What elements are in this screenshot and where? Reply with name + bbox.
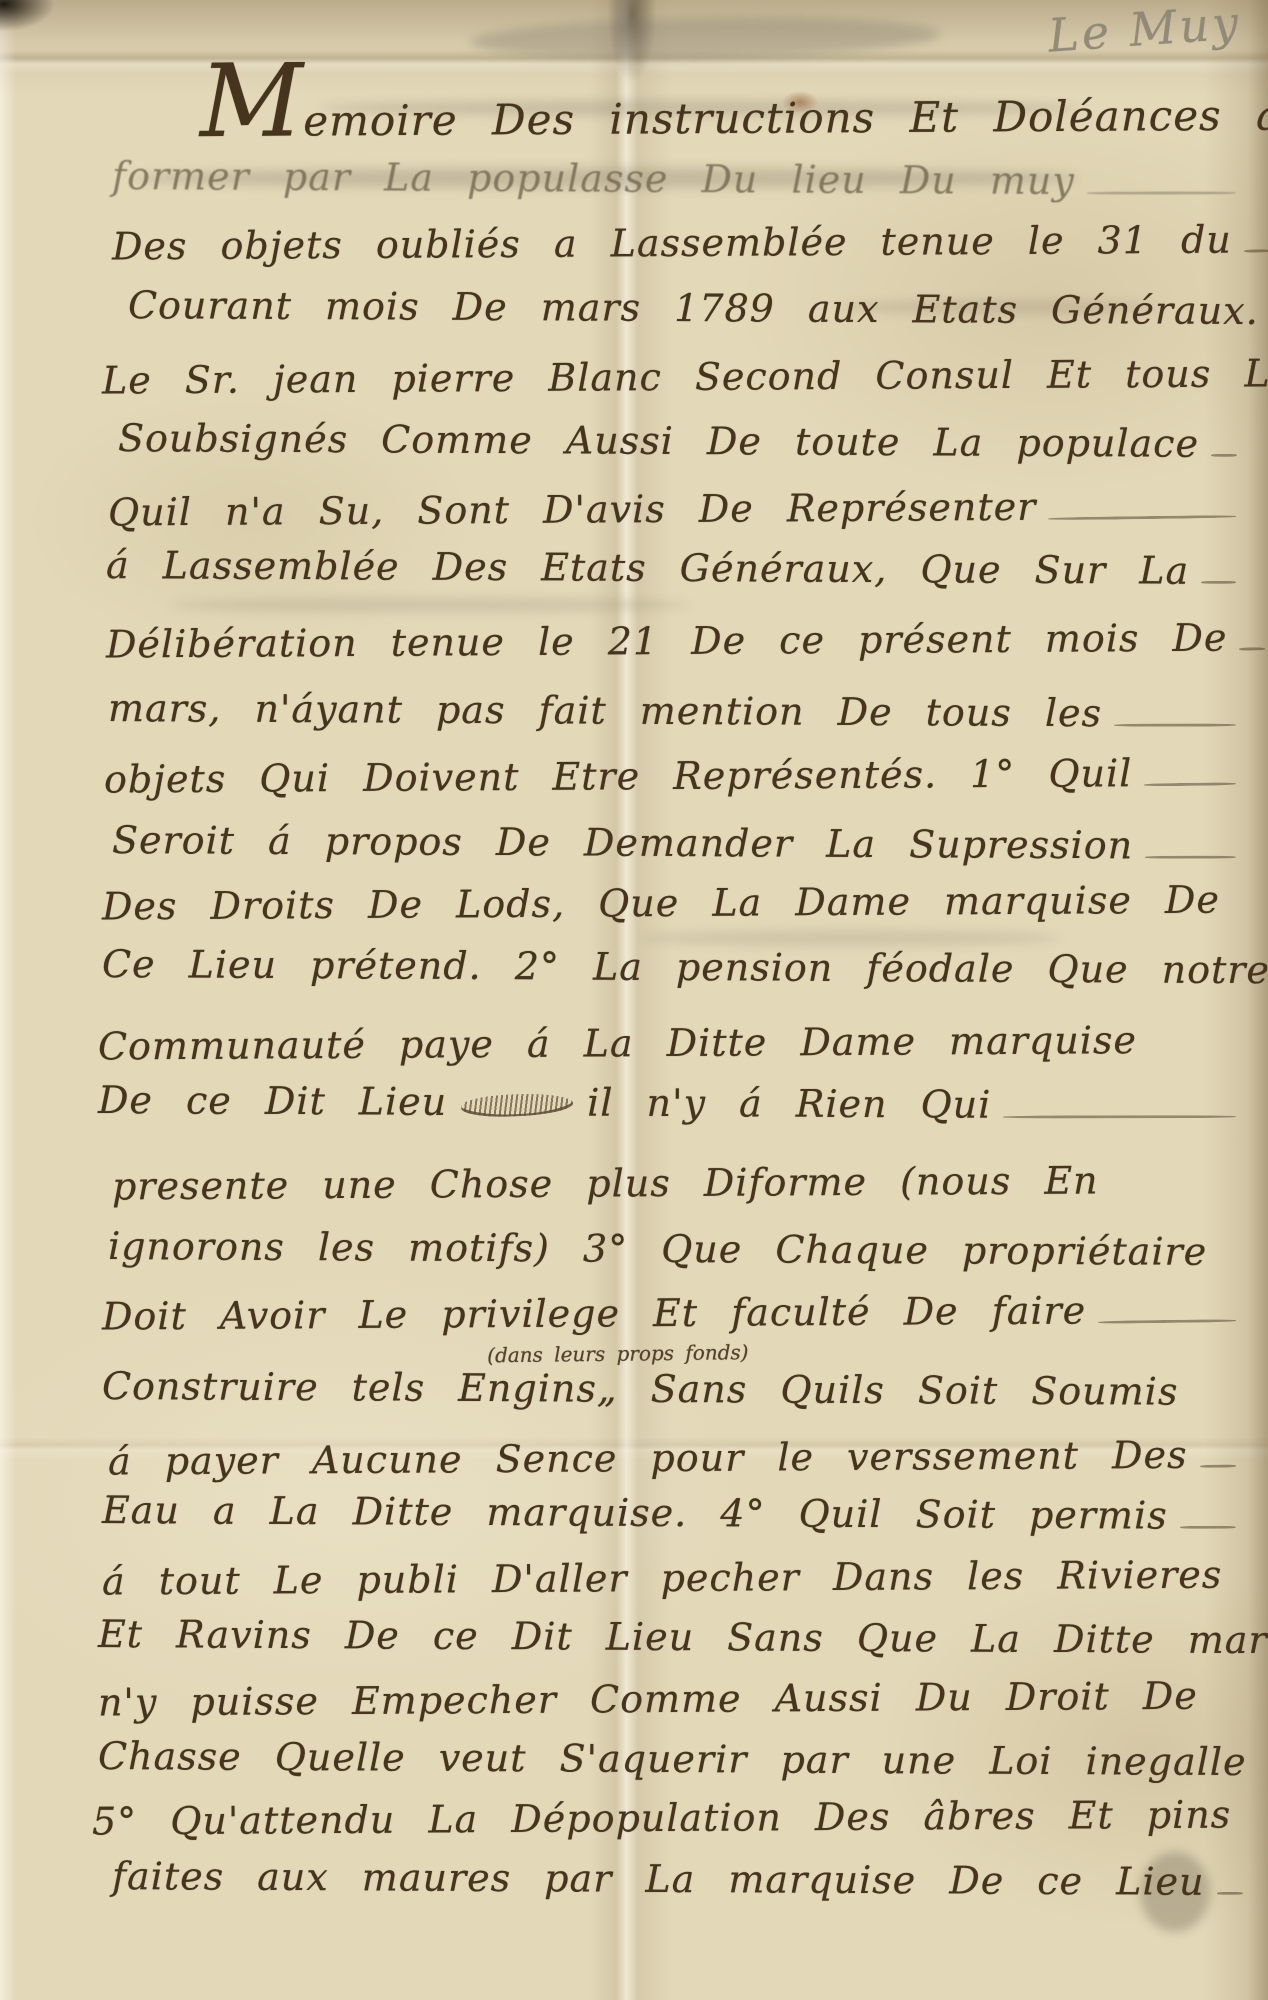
- manuscript-line: Courant mois De mars 1789 aux Etats Géné…: [128, 284, 1242, 334]
- manuscript-line: mars, n'áyant pas fait mention De tous l…: [108, 687, 1242, 737]
- manuscript-line: faites aux maures par La marquise De ce …: [112, 1855, 1242, 1905]
- manuscript-line: (dans leurs props fonds) Construire tels…: [102, 1365, 1242, 1415]
- bleedthrough-smudge: [470, 14, 941, 62]
- manuscript-line: Eau a La Ditte marquise. 4° Quil Soit pe…: [102, 1489, 1242, 1539]
- manuscript-line: objets Qui Doivent Etre Représentés. 1° …: [104, 752, 1242, 803]
- manuscript-line: n'y puisse Empecher Comme Aussi Du Droit…: [98, 1675, 1242, 1726]
- manuscript-line: Quil n'a Su, Sont D'avis De Représenter: [108, 485, 1242, 536]
- manuscript-line: Le Sr. jean pierre Blanc Second Consul E…: [102, 353, 1242, 404]
- manuscript-line: Soubsignés Comme Aussi De toute La popul…: [118, 417, 1242, 467]
- manuscript-line: Des Droits De Lods, Que La Dame marquise…: [102, 879, 1242, 930]
- manuscript-line: former par La populasse Du lieu Du muy: [112, 155, 1242, 205]
- pencil-annotation: Le Muy: [1046, 0, 1242, 63]
- manuscript-line: Chasse Quelle veut S'aquerir par une Loi…: [98, 1735, 1242, 1785]
- manuscript-line: á Lassemblée Des Etats Généraux, Que Sur…: [106, 544, 1242, 594]
- strikethrough-scribble: [461, 1092, 574, 1119]
- manuscript-line: ignorons les motifs) 3° Que Chaque propr…: [108, 1225, 1242, 1275]
- manuscript-line: Ce Lieu prétend. 2° La pension féodale Q…: [102, 943, 1242, 993]
- manuscript-line: Et Ravins De ce Dit Lieu Sans Que La Dit…: [98, 1613, 1242, 1663]
- manuscript-line: Des objets oubliés a Lassemblée tenue le…: [112, 219, 1242, 270]
- manuscript-line: presente une Chose plus Diforme (nous En: [112, 1159, 1242, 1210]
- manuscript-line: á tout Le publi D'aller pecher Dans les …: [102, 1554, 1242, 1605]
- manuscript-line: De ce Dit Lieuil n'y á Rien Qui: [98, 1079, 1242, 1129]
- manuscript-line: 5° Qu'attendu La Dépopulation Des âbres …: [92, 1793, 1242, 1844]
- manuscript-line: á payer Aucune Sence pour le verssement …: [108, 1434, 1242, 1485]
- manuscript-line: Délibération tenue le 21 De ce présent m…: [106, 617, 1242, 668]
- ink-smudge: [170, 598, 690, 612]
- manuscript-line: Seroit á propos De Demander La Supressio…: [112, 819, 1242, 869]
- interline-insertion: (dans leurs props fonds): [487, 1341, 749, 1367]
- ink-smudge: [640, 930, 1060, 946]
- manuscript-line: Communauté paye á La Ditte Dame marquise: [98, 1019, 1242, 1070]
- manuscript-line: Doit Avoir Le privilege Et faculté De fa…: [102, 1289, 1242, 1340]
- manuscript-line: Memoire Des instructions Et Doléances a: [200, 75, 1242, 147]
- manuscript-page: Le Muy Memoire Des instructions Et Doléa…: [0, 0, 1268, 2000]
